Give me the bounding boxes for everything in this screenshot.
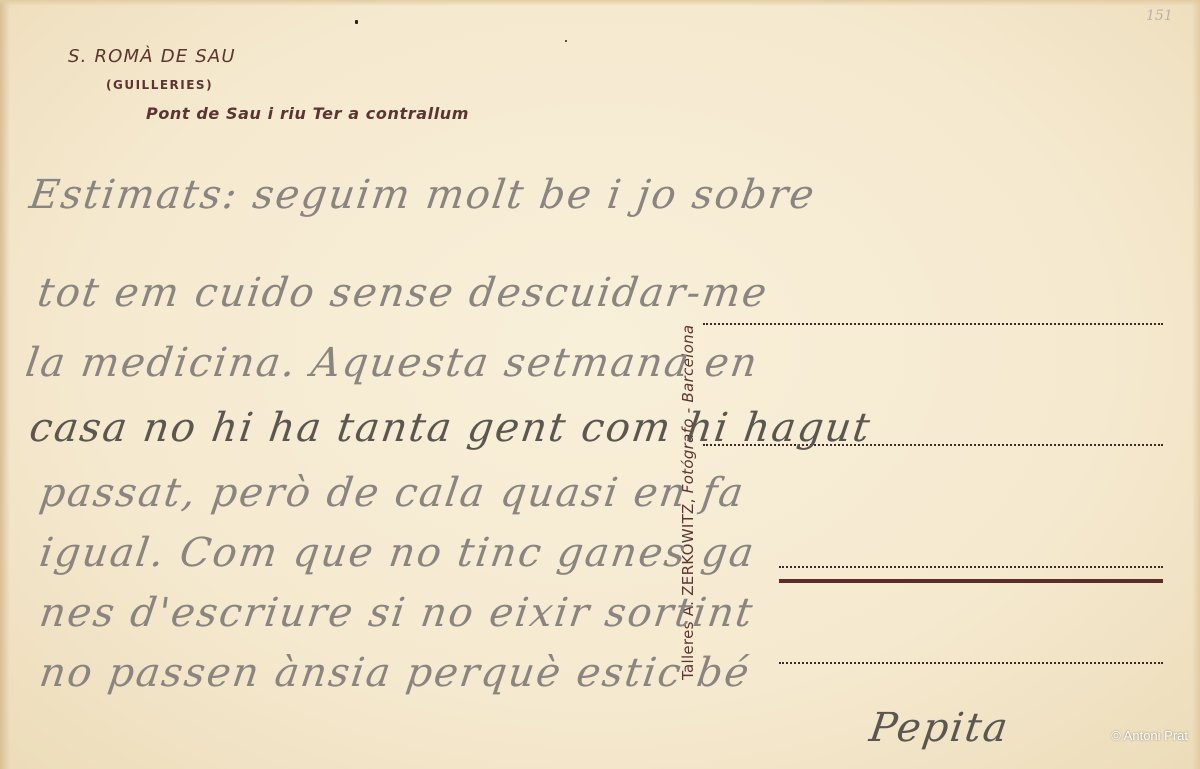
region-subtitle: (GUILLERIES) bbox=[106, 78, 213, 92]
address-line-1 bbox=[703, 323, 1163, 325]
paper-edge-top bbox=[0, 0, 1200, 6]
ink-speck bbox=[355, 20, 358, 24]
place-title: S. ROMÀ DE SAU bbox=[68, 46, 236, 67]
signature: Pepita bbox=[867, 705, 1013, 751]
handwriting-line-8: no passen ànsia perquè estic bé bbox=[37, 650, 754, 696]
handwriting-line-5: passat, però de cala quasi en fa bbox=[37, 470, 748, 516]
paper-edge-left bbox=[0, 0, 10, 769]
handwriting-line-4: casa no hi ha tanta gent com hi hagut bbox=[27, 405, 875, 451]
paper-edge-right bbox=[1192, 0, 1200, 769]
photo-caption: Pont de Sau i riu Ter a contrallum bbox=[146, 104, 469, 123]
handwriting-line-1: Estimats: seguim molt be i jo sobre bbox=[27, 172, 819, 218]
copyright-watermark: © Antoni Prat bbox=[1111, 728, 1188, 743]
address-line-solid bbox=[779, 579, 1163, 583]
handwriting-line-3: la medicina. Aquesta setmana en bbox=[23, 340, 762, 386]
archive-number: 151 bbox=[1146, 8, 1173, 24]
ink-speck bbox=[565, 40, 567, 42]
handwriting-line-2: tot em cuido sense descuidar-me bbox=[35, 270, 771, 316]
handwriting-line-6: igual. Com que no tinc ganes ga bbox=[37, 530, 759, 576]
address-line-4 bbox=[779, 662, 1163, 664]
handwriting-line-7: nes d'escriure si no eixir sortint bbox=[37, 590, 757, 636]
address-line-3 bbox=[779, 566, 1163, 568]
postcard-back: 151 S. ROMÀ DE SAU (GUILLERIES) Pont de … bbox=[0, 0, 1200, 769]
